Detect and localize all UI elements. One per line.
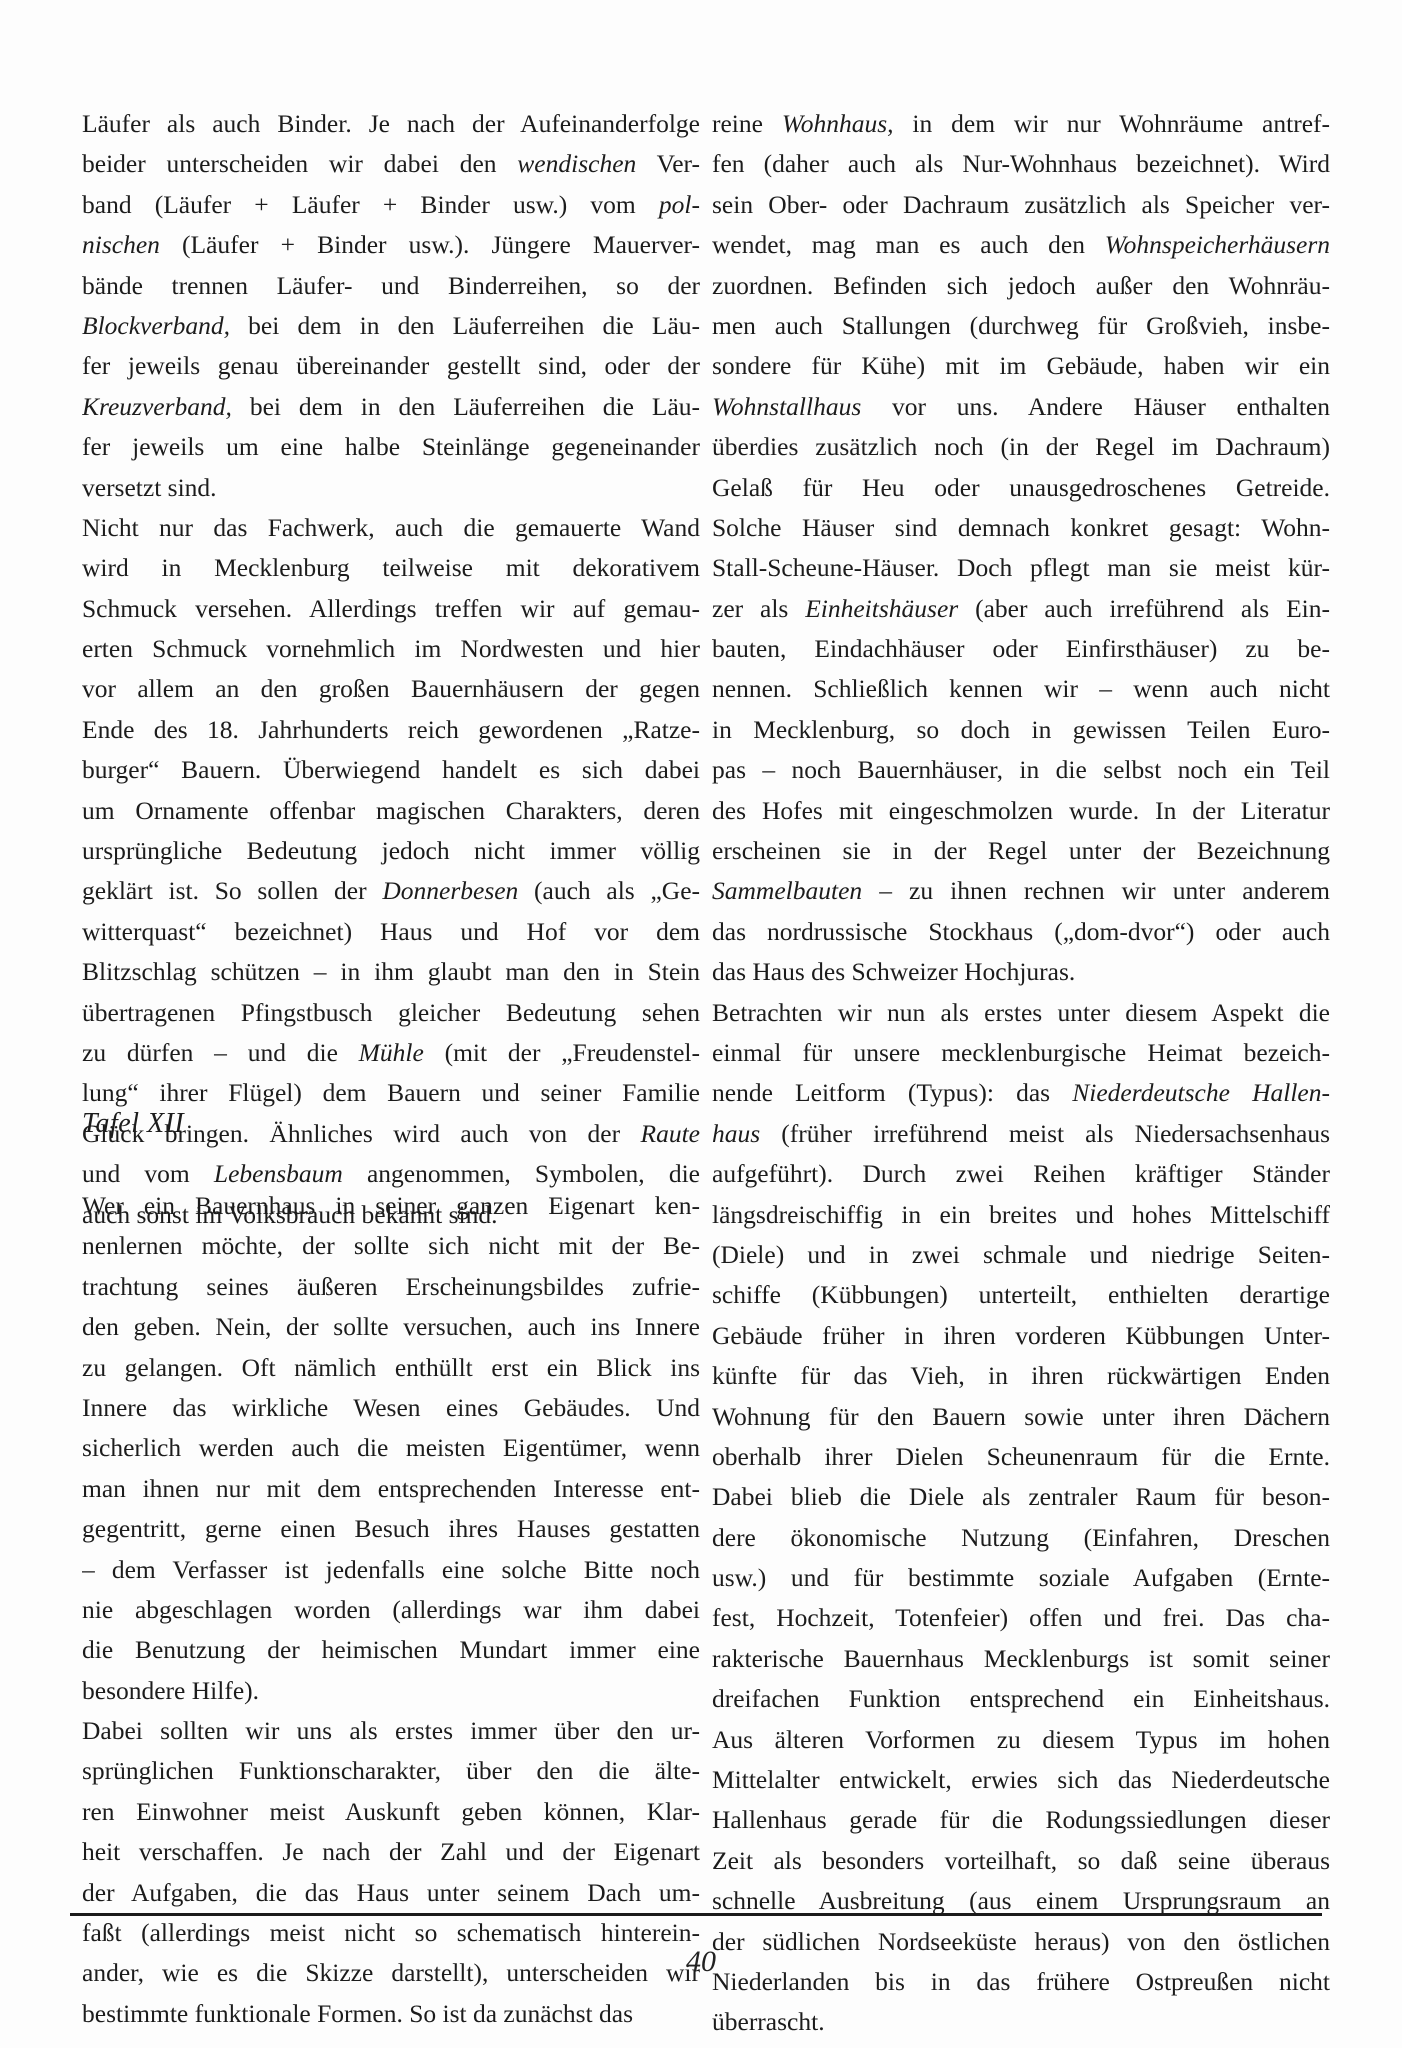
- text-line: dere ökonomische Nutzung (Einfahren, Dre…: [712, 1518, 1330, 1558]
- text-line: Gelaß für Heu oder unausgedroschenes Get…: [712, 468, 1330, 508]
- text-run: oberhalb ihrer Dielen Scheunenraum für d…: [712, 1442, 1330, 1471]
- italic-term: Lebensbaum: [214, 1159, 343, 1188]
- text-line: fer jeweils genau übereinander gestellt …: [82, 346, 700, 386]
- text-run: Solche Häuser sind demnach konkret gesag…: [712, 513, 1330, 542]
- text-run: einmal für unsere mecklenburgische Heima…: [712, 1038, 1330, 1067]
- text-line: wird in Mecklenburg teilweise mit dekora…: [82, 548, 700, 588]
- text-run: bestimmte funktionale Formen. So ist da …: [82, 1999, 633, 2028]
- text-line: pas – noch Bauernhäuser, in die selbst n…: [712, 750, 1330, 790]
- text-line: beider unterscheiden wir dabei den wendi…: [82, 144, 700, 184]
- text-line: Stall-Scheune-Häuser. Doch pflegt man si…: [712, 548, 1330, 588]
- text-line: ren Einwohner meist Auskunft geben könne…: [82, 1792, 700, 1832]
- text-run: bauten, Eindachhäuser oder Einfirsthäuse…: [712, 634, 1330, 663]
- text-run: angenommen, Symbolen, die: [343, 1159, 700, 1188]
- text-run: das Haus des Schweizer Hochjuras.: [712, 957, 1075, 986]
- text-run: Innere das wirkliche Wesen eines Gebäude…: [82, 1393, 700, 1422]
- text-run: erten Schmuck vornehmlich im Nordwesten …: [82, 634, 700, 663]
- text-line: usw.) und für bestimmte soziale Aufgaben…: [712, 1558, 1330, 1598]
- text-run: burger“ Bauern. Überwiegend handelt es s…: [82, 755, 700, 784]
- text-line: Läufer als auch Binder. Je nach der Aufe…: [82, 104, 700, 144]
- text-line: übertragenen Pfingstbusch gleicher Bedeu…: [82, 993, 700, 1033]
- italic-term: haus: [712, 1119, 760, 1148]
- text-run: Wohnung für den Bauern sowie unter ihren…: [712, 1402, 1330, 1431]
- text-run: nennen. Schließlich kennen wir – wenn au…: [712, 674, 1330, 703]
- text-run: erscheinen sie in der Regel unter der Be…: [712, 836, 1330, 865]
- text-run: den geben. Nein, der sollte versuchen, a…: [82, 1312, 700, 1341]
- text-run: (aber auch irreführend als Ein-: [958, 594, 1330, 623]
- text-run: künfte für das Vieh, in ihren rückwärtig…: [712, 1361, 1330, 1390]
- document-page: Läufer als auch Binder. Je nach der Aufe…: [0, 0, 1402, 2048]
- text-line: Nicht nur das Fachwerk, auch die gemauer…: [82, 508, 700, 548]
- text-run: sondere für Kühe) mit im Gebäude, haben …: [712, 351, 1330, 380]
- text-run: und vom: [82, 1159, 214, 1188]
- text-run: der Aufgaben, die das Haus unter seinem …: [82, 1878, 700, 1907]
- text-line: sprünglichen Funktionscharakter, über de…: [82, 1751, 700, 1791]
- text-line: band (Läufer + Läufer + Binder usw.) vom…: [82, 185, 700, 225]
- text-run: beider unterscheiden wir dabei den: [82, 149, 517, 178]
- text-line: wendet, mag man es auch den Wohnspeicher…: [712, 225, 1330, 265]
- text-run: – dem Verfasser ist jedenfalls eine solc…: [82, 1555, 700, 1584]
- text-run: Dabei blieb die Diele als zentraler Raum…: [712, 1482, 1330, 1511]
- text-line: reine Wohnhaus, in dem wir nur Wohnräume…: [712, 104, 1330, 144]
- text-run: nie abgeschlagen worden (allerdings war …: [82, 1595, 700, 1624]
- text-line: Kreuzverband, bei dem in den Läuferreihe…: [82, 387, 700, 427]
- text-line: schiffe (Kübbungen) unterteilt, enthielt…: [712, 1275, 1330, 1315]
- text-line: man ihnen nur mit dem entsprechenden Int…: [82, 1469, 700, 1509]
- text-run: zu dürfen – und die: [82, 1038, 359, 1067]
- italic-term: Blockverband,: [82, 311, 230, 340]
- text-run: nende Leitform (Typus): das: [712, 1078, 1072, 1107]
- text-run: nenlernen möchte, der sollte sich nicht …: [82, 1231, 700, 1260]
- text-run: vor uns. Andere Häuser enthalten: [861, 392, 1330, 421]
- text-run: man ihnen nur mit dem entsprechenden Int…: [82, 1474, 700, 1503]
- text-run: lung“ ihrer Flügel) dem Bauern und seine…: [82, 1078, 700, 1107]
- text-line: überdies zusätzlich noch (in der Regel i…: [712, 427, 1330, 467]
- text-run: wird in Mecklenburg teilweise mit dekora…: [82, 553, 700, 582]
- text-run: Zeit als besonders vorteilhaft, so daß s…: [712, 1846, 1330, 1875]
- text-run: Betrachten wir nun als erstes unter dies…: [712, 998, 1330, 1027]
- text-run: längsdreischiffig in ein breites und hoh…: [712, 1200, 1330, 1229]
- text-line: Betrachten wir nun als erstes unter dies…: [712, 993, 1330, 1033]
- text-line: in Mecklenburg, so doch in gewissen Teil…: [712, 710, 1330, 750]
- text-run: überdies zusätzlich noch (in der Regel i…: [712, 432, 1330, 461]
- text-line: gegentritt, gerne einen Besuch ihres Hau…: [82, 1509, 700, 1549]
- text-line: trachtung seines äußeren Erscheinungsbil…: [82, 1267, 700, 1307]
- text-line: Blockverband, bei dem in den Läuferreihe…: [82, 306, 700, 346]
- italic-term: Mühle: [359, 1038, 424, 1067]
- left-column-bottom: Wer ein Bauernhaus in seiner ganzen Eige…: [82, 1186, 700, 2034]
- text-line: haus (früher irreführend meist als Niede…: [712, 1114, 1330, 1154]
- text-run: bei dem in den Läuferreihen die Läu-: [230, 311, 700, 340]
- text-run: (mit der „Freudenstel-: [424, 1038, 700, 1067]
- text-run: witterquast“ bezeichnet) Haus und Hof vo…: [82, 917, 700, 946]
- text-run: faßt (allerdings meist nicht so schemati…: [82, 1918, 700, 1947]
- text-run: (früher irreführend meist als Niedersach…: [760, 1119, 1330, 1148]
- text-run: die Benutzung der heimischen Mundart imm…: [82, 1635, 700, 1664]
- text-run: in dem wir nur Wohnräume antref-: [894, 109, 1330, 138]
- text-line: des Hofes mit eingeschmolzen wurde. In d…: [712, 791, 1330, 831]
- text-run: (auch als „Ge-: [518, 876, 700, 905]
- text-run: zer als: [712, 594, 805, 623]
- italic-term: Raute: [641, 1119, 700, 1148]
- text-line: das Haus des Schweizer Hochjuras.: [712, 952, 1330, 992]
- text-run: Gebäude früher in ihren vorderen Kübbung…: [712, 1321, 1330, 1350]
- text-line: nie abgeschlagen worden (allerdings war …: [82, 1590, 700, 1630]
- text-line: nischen (Läufer + Binder usw.). Jüngere …: [82, 225, 700, 265]
- text-run: band (Läufer + Läufer + Binder usw.) vom: [82, 190, 659, 219]
- text-line: sondere für Kühe) mit im Gebäude, haben …: [712, 346, 1330, 386]
- text-line: men auch Stallungen (durchweg für Großvi…: [712, 306, 1330, 346]
- italic-term: Niederdeutsche Hallen-: [1072, 1078, 1330, 1107]
- text-line: Gebäude früher in ihren vorderen Kübbung…: [712, 1316, 1330, 1356]
- italic-term: Donnerbesen: [382, 876, 518, 905]
- text-line: besondere Hilfe).: [82, 1671, 700, 1711]
- text-line: überrascht.: [712, 2002, 1330, 2042]
- text-line: Ende des 18. Jahrhunderts reich geworden…: [82, 710, 700, 750]
- text-line: versetzt sind.: [82, 468, 700, 508]
- text-line: nende Leitform (Typus): das Niederdeutsc…: [712, 1073, 1330, 1113]
- text-line: – dem Verfasser ist jedenfalls eine solc…: [82, 1550, 700, 1590]
- text-line: Mittelalter entwickelt, erwies sich das …: [712, 1760, 1330, 1800]
- text-run: Ende des 18. Jahrhunderts reich geworden…: [82, 715, 700, 744]
- text-line: fest, Hochzeit, Totenfeier) offen und fr…: [712, 1598, 1330, 1638]
- text-line: die Benutzung der heimischen Mundart imm…: [82, 1630, 700, 1670]
- text-run: in Mecklenburg, so doch in gewissen Teil…: [712, 715, 1330, 744]
- text-run: schnelle Ausbreitung (aus einem Ursprung…: [712, 1886, 1330, 1915]
- text-line: zuordnen. Befinden sich jedoch außer den…: [712, 266, 1330, 306]
- text-line: dreifachen Funktion entsprechend ein Ein…: [712, 1679, 1330, 1719]
- text-run: Schmuck versehen. Allerdings treffen wir…: [82, 594, 700, 623]
- text-line: zu dürfen – und die Mühle (mit der „Freu…: [82, 1033, 700, 1073]
- text-line: um Ornamente offenbar magischen Charakte…: [82, 791, 700, 831]
- text-run: – zu ihnen rechnen wir unter anderem: [862, 876, 1330, 905]
- text-line: Sammelbauten – zu ihnen rechnen wir unte…: [712, 871, 1330, 911]
- text-run: reine: [712, 109, 782, 138]
- text-line: rakterische Bauernhaus Mecklenburgs ist …: [712, 1639, 1330, 1679]
- text-run: Aus älteren Vorformen zu diesem Typus im…: [712, 1725, 1330, 1754]
- text-run: um Ornamente offenbar magischen Charakte…: [82, 796, 700, 825]
- text-run: gegentritt, gerne einen Besuch ihres Hau…: [82, 1514, 700, 1543]
- text-run: dere ökonomische Nutzung (Einfahren, Dre…: [712, 1523, 1330, 1552]
- text-run: fest, Hochzeit, Totenfeier) offen und fr…: [712, 1603, 1330, 1632]
- text-line: Zeit als besonders vorteilhaft, so daß s…: [712, 1841, 1330, 1881]
- text-run: Blitzschlag schützen – in ihm glaubt man…: [82, 957, 700, 986]
- text-line: geklärt ist. So sollen der Donnerbesen (…: [82, 871, 700, 911]
- left-column-top: Läufer als auch Binder. Je nach der Aufe…: [82, 104, 700, 1235]
- text-run: usw.) und für bestimmte soziale Aufgaben…: [712, 1563, 1330, 1592]
- text-line: zu gelangen. Oft nämlich enthüllt erst e…: [82, 1348, 700, 1388]
- text-line: witterquast“ bezeichnet) Haus und Hof vo…: [82, 912, 700, 952]
- text-line: nenlernen möchte, der sollte sich nicht …: [82, 1226, 700, 1266]
- text-line: sicherlich werden auch die meisten Eigen…: [82, 1428, 700, 1468]
- text-line: erten Schmuck vornehmlich im Nordwesten …: [82, 629, 700, 669]
- text-line: burger“ Bauern. Überwiegend handelt es s…: [82, 750, 700, 790]
- text-line: vor allem an den großen Bauernhäusern de…: [82, 669, 700, 709]
- text-run: versetzt sind.: [82, 473, 217, 502]
- text-run: heit verschaffen. Je nach der Zahl und d…: [82, 1837, 700, 1866]
- text-line: Hallenhaus gerade für die Rodungssiedlun…: [712, 1800, 1330, 1840]
- text-run: bände trennen Läufer- und Binderreihen, …: [82, 271, 700, 300]
- text-line: Aus älteren Vorformen zu diesem Typus im…: [712, 1720, 1330, 1760]
- text-line: erscheinen sie in der Regel unter der Be…: [712, 831, 1330, 871]
- text-run: Nicht nur das Fachwerk, auch die gemauer…: [82, 513, 700, 542]
- text-run: rakterische Bauernhaus Mecklenburgs ist …: [712, 1644, 1330, 1673]
- text-line: einmal für unsere mecklenburgische Heima…: [712, 1033, 1330, 1073]
- text-run: men auch Stallungen (durchweg für Großvi…: [712, 311, 1330, 340]
- text-run: zu gelangen. Oft nämlich enthüllt erst e…: [82, 1353, 700, 1382]
- text-line: Wohnstallhaus vor uns. Andere Häuser ent…: [712, 387, 1330, 427]
- text-run: Wer ein Bauernhaus in seiner ganzen Eige…: [82, 1191, 700, 1220]
- text-line: Wohnung für den Bauern sowie unter ihren…: [712, 1397, 1330, 1437]
- text-line: sein Ober- oder Dachraum zusätzlich als …: [712, 185, 1330, 225]
- page-number: 40: [0, 1945, 1402, 1979]
- text-line: bestimmte funktionale Formen. So ist da …: [82, 1994, 700, 2034]
- section-heading: Tafel XII: [82, 1108, 184, 1140]
- text-line: zer als Einheitshäuser (aber auch irrefü…: [712, 589, 1330, 629]
- text-line: bauten, Eindachhäuser oder Einfirsthäuse…: [712, 629, 1330, 669]
- text-line: (Diele) und in zwei schmale und niedrige…: [712, 1235, 1330, 1275]
- text-line: aufgeführt). Durch zwei Reihen kräftiger…: [712, 1154, 1330, 1194]
- text-line: Wer ein Bauernhaus in seiner ganzen Eige…: [82, 1186, 700, 1226]
- text-run: fen (daher auch als Nur-Wohnhaus bezeich…: [712, 149, 1330, 178]
- italic-term: Wohnstallhaus: [712, 392, 861, 421]
- text-run: dreifachen Funktion entsprechend ein Ein…: [712, 1684, 1330, 1713]
- italic-term: Einheitshäuser: [805, 594, 958, 623]
- text-run: Dabei sollten wir uns als erstes immer ü…: [82, 1716, 700, 1745]
- text-run: schiffe (Kübbungen) unterteilt, enthielt…: [712, 1280, 1330, 1309]
- text-run: pas – noch Bauernhäuser, in die selbst n…: [712, 755, 1330, 784]
- text-run: fer jeweils genau übereinander gestellt …: [82, 351, 700, 380]
- text-line: oberhalb ihrer Dielen Scheunenraum für d…: [712, 1437, 1330, 1477]
- footer-rule: [70, 1913, 1322, 1916]
- text-run: ren Einwohner meist Auskunft geben könne…: [82, 1797, 700, 1826]
- text-run: ursprüngliche Bedeutung jedoch nicht imm…: [82, 836, 700, 865]
- text-line: längsdreischiffig in ein breites und hoh…: [712, 1195, 1330, 1235]
- text-line: Dabei sollten wir uns als erstes immer ü…: [82, 1711, 700, 1751]
- text-line: Solche Häuser sind demnach konkret gesag…: [712, 508, 1330, 548]
- text-line: das nordrussische Stockhaus („dom-dvor“)…: [712, 912, 1330, 952]
- italic-term: wendischen: [517, 149, 636, 178]
- italic-term: Wohnspeicherhäusern: [1105, 230, 1330, 259]
- text-run: (Läufer + Binder usw.). Jüngere Mauerver…: [160, 230, 700, 259]
- italic-term: Wohnhaus,: [782, 109, 894, 138]
- text-line: ursprüngliche Bedeutung jedoch nicht imm…: [82, 831, 700, 871]
- right-column: reine Wohnhaus, in dem wir nur Wohnräume…: [712, 104, 1330, 2043]
- italic-term: Kreuzverband,: [82, 392, 232, 421]
- text-run: wendet, mag man es auch den: [712, 230, 1105, 259]
- text-run: Gelaß für Heu oder unausgedroschenes Get…: [712, 473, 1330, 502]
- text-line: künfte für das Vieh, in ihren rückwärtig…: [712, 1356, 1330, 1396]
- text-run: Hallenhaus gerade für die Rodungssiedlun…: [712, 1805, 1330, 1834]
- text-run: übertragenen Pfingstbusch gleicher Bedeu…: [82, 998, 700, 1027]
- text-line: Schmuck versehen. Allerdings treffen wir…: [82, 589, 700, 629]
- text-run: des Hofes mit eingeschmolzen wurde. In d…: [712, 796, 1330, 825]
- text-run: Stall-Scheune-Häuser. Doch pflegt man si…: [712, 553, 1330, 582]
- text-run: zuordnen. Befinden sich jedoch außer den…: [712, 271, 1330, 300]
- text-run: das nordrussische Stockhaus („dom-dvor“)…: [712, 917, 1330, 946]
- italic-term: nischen: [82, 230, 160, 259]
- text-run: sicherlich werden auch die meisten Eigen…: [82, 1433, 700, 1462]
- text-run: sprünglichen Funktionscharakter, über de…: [82, 1756, 700, 1785]
- text-run: Läufer als auch Binder. Je nach der Aufe…: [82, 109, 700, 138]
- text-run: aufgeführt). Durch zwei Reihen kräftiger…: [712, 1159, 1330, 1188]
- text-run: trachtung seines äußeren Erscheinungsbil…: [82, 1272, 700, 1301]
- text-line: der Aufgaben, die das Haus unter seinem …: [82, 1873, 700, 1913]
- text-run: fer jeweils um eine halbe Steinlänge geg…: [82, 432, 700, 461]
- text-line: fer jeweils um eine halbe Steinlänge geg…: [82, 427, 700, 467]
- text-run: Mittelalter entwickelt, erwies sich das …: [712, 1765, 1330, 1794]
- text-run: vor allem an den großen Bauernhäusern de…: [82, 674, 700, 703]
- text-line: Blitzschlag schützen – in ihm glaubt man…: [82, 952, 700, 992]
- text-run: sein Ober- oder Dachraum zusätzlich als …: [712, 190, 1330, 219]
- text-line: nennen. Schließlich kennen wir – wenn au…: [712, 669, 1330, 709]
- text-run: (Diele) und in zwei schmale und niedrige…: [712, 1240, 1330, 1269]
- italic-term: Sammelbauten: [712, 876, 862, 905]
- text-line: bände trennen Läufer- und Binderreihen, …: [82, 266, 700, 306]
- text-run: bei dem in den Läuferreihen die Läu-: [232, 392, 700, 421]
- italic-term: pol-: [659, 190, 700, 219]
- text-run: Ver-: [636, 149, 700, 178]
- text-run: geklärt ist. So sollen der: [82, 876, 382, 905]
- text-run: überrascht.: [712, 2007, 825, 2036]
- text-run: besondere Hilfe).: [82, 1676, 259, 1705]
- text-line: Innere das wirkliche Wesen eines Gebäude…: [82, 1388, 700, 1428]
- text-line: fen (daher auch als Nur-Wohnhaus bezeich…: [712, 144, 1330, 184]
- text-line: heit verschaffen. Je nach der Zahl und d…: [82, 1832, 700, 1872]
- text-line: den geben. Nein, der sollte versuchen, a…: [82, 1307, 700, 1347]
- text-line: Dabei blieb die Diele als zentraler Raum…: [712, 1477, 1330, 1517]
